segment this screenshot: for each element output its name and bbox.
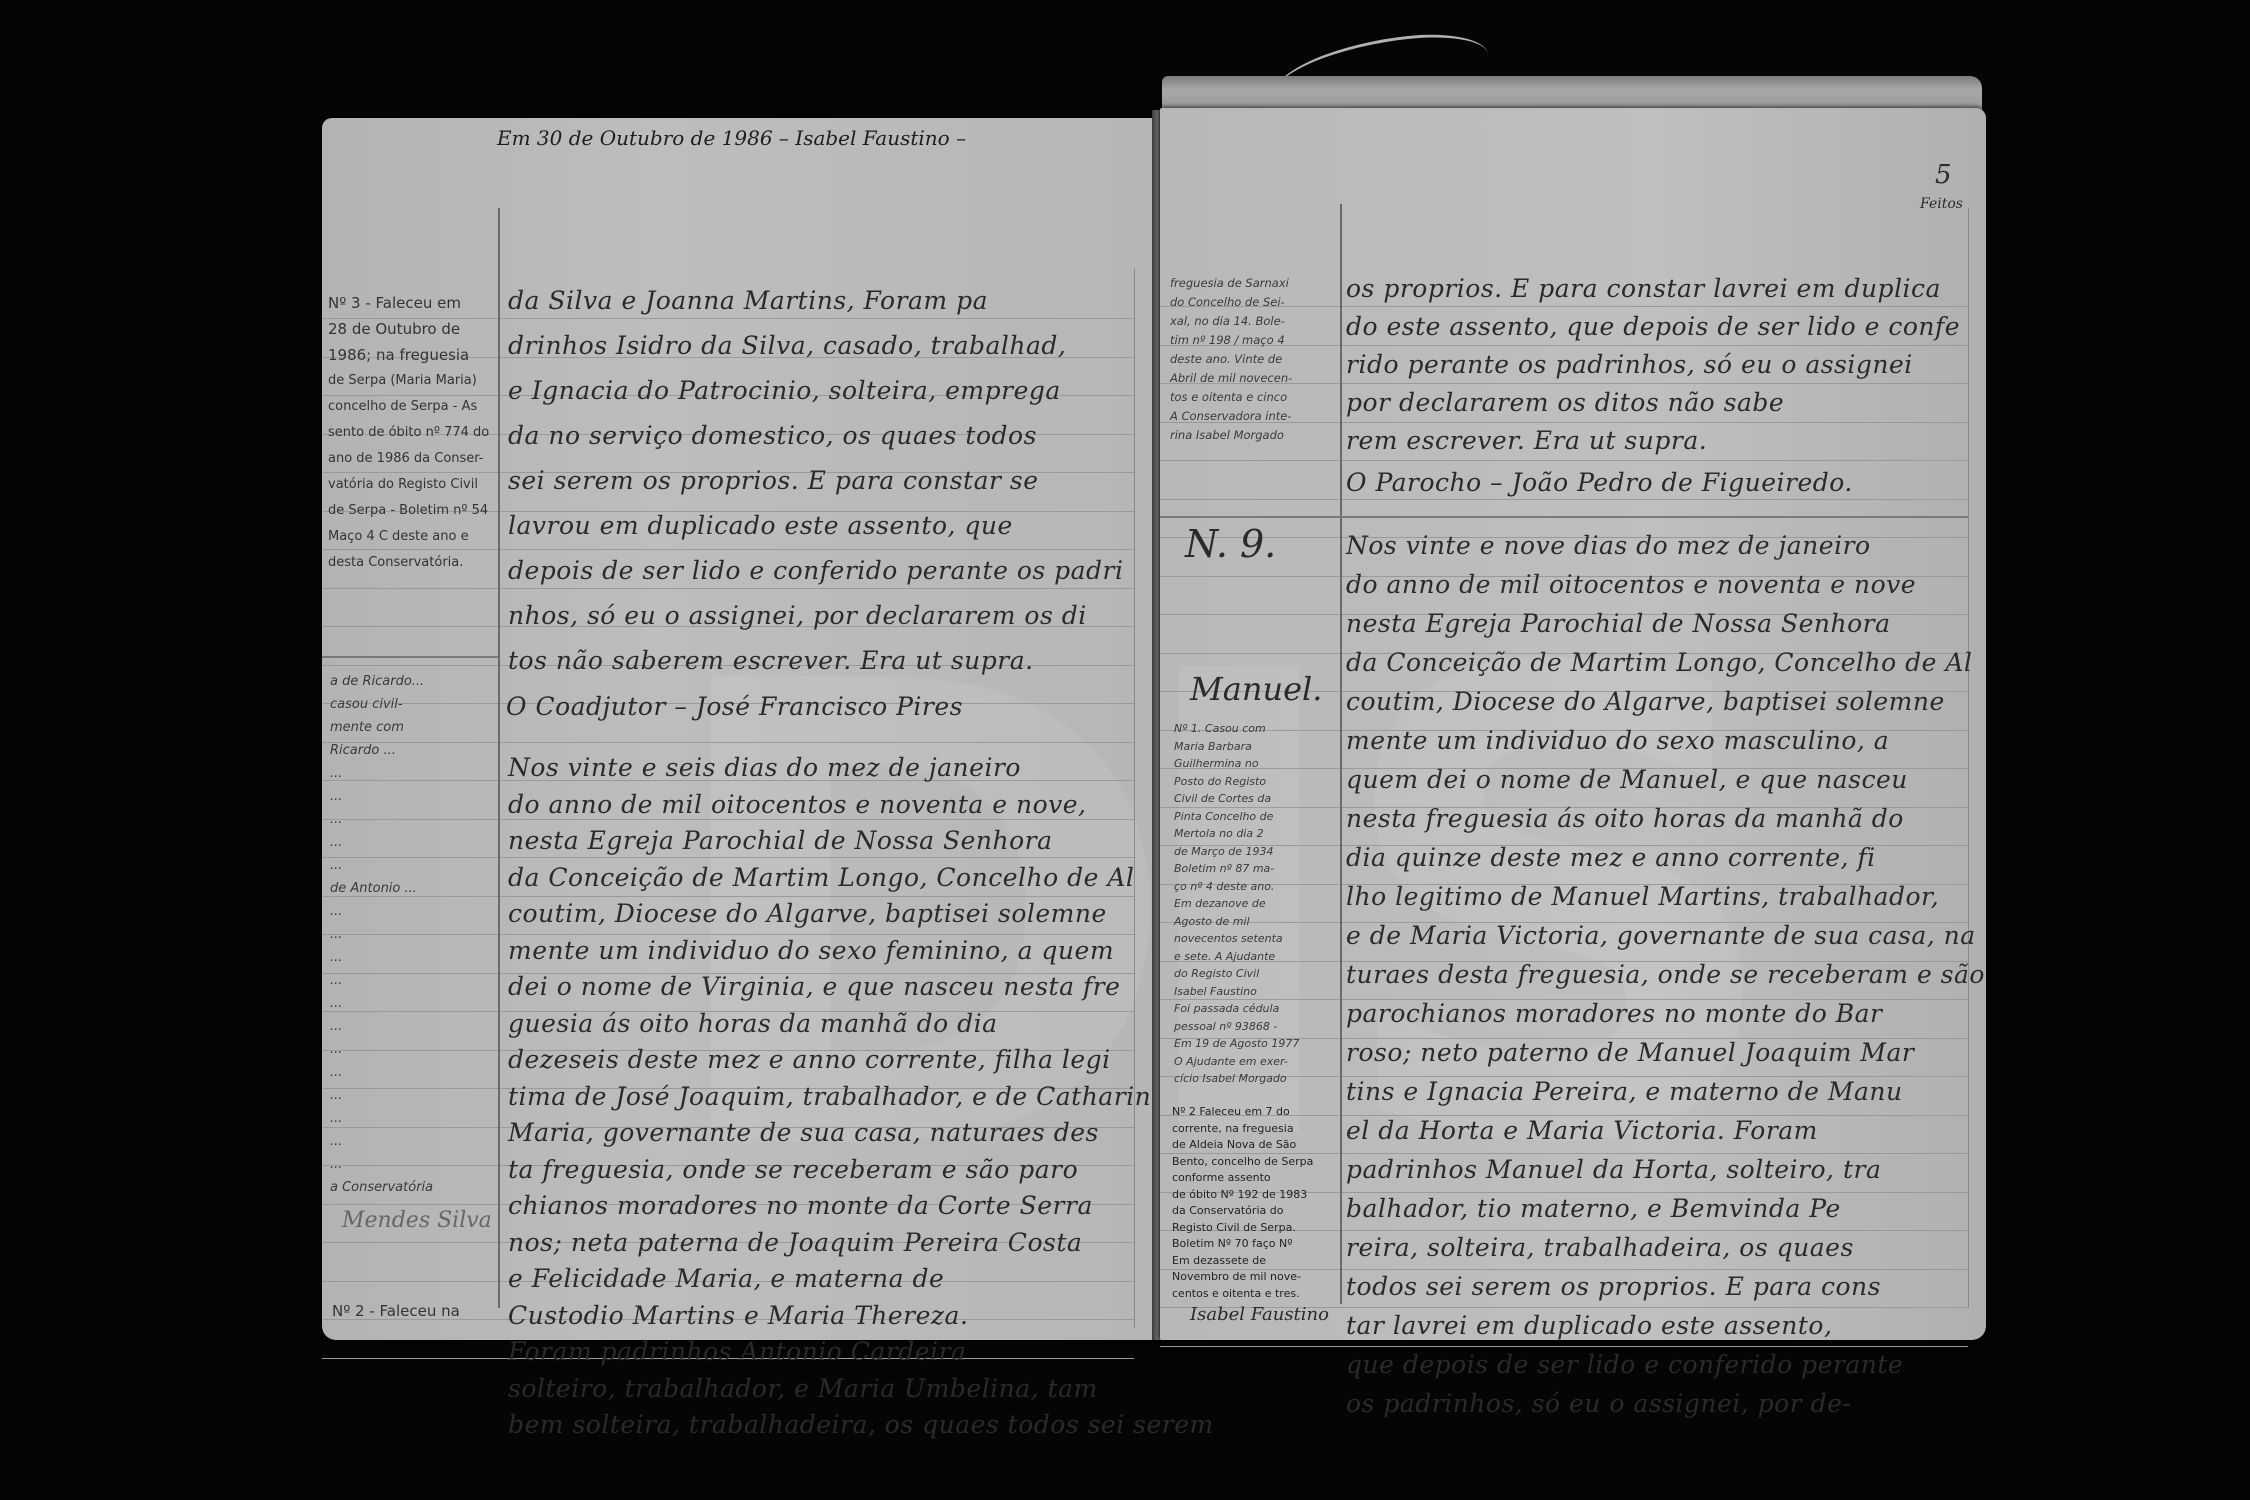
margin-line: pessoal nº 93868 - bbox=[1174, 1018, 1344, 1036]
margin-line: ... bbox=[330, 762, 498, 785]
text-line: por declararem os ditos não sabe bbox=[1346, 384, 1966, 422]
margin-line: centos e oitenta e tres. bbox=[1172, 1286, 1342, 1303]
margin-line: Posto do Registo bbox=[1174, 773, 1344, 791]
margin-line: Mertola no dia 2 bbox=[1174, 825, 1344, 843]
margin-entry-separator bbox=[322, 656, 498, 658]
margin-line: ... bbox=[330, 1084, 498, 1107]
text-line: Foram padrinhos Antonio Cardeira bbox=[508, 1334, 1128, 1371]
text-line: solteiro, trabalhador, e Maria Umbelina,… bbox=[508, 1371, 1128, 1408]
text-line: quem dei o nome de Manuel, e que nasceu bbox=[1346, 760, 1966, 799]
text-line: balhador, tio materno, e Bemvinda Pe bbox=[1346, 1189, 1966, 1228]
text-line: os padrinhos, só eu o assignei, por de- bbox=[1346, 1384, 1966, 1423]
margin-line: concelho de Serpa - As bbox=[328, 394, 500, 420]
margin-line: Pinta Concelho de bbox=[1174, 808, 1344, 826]
margin-line: de Aldeia Nova de São bbox=[1172, 1137, 1342, 1154]
margin-line: ... bbox=[330, 900, 498, 923]
margin-line: ... bbox=[330, 946, 498, 969]
text-line: Nos vinte e seis dias do mez de janeiro bbox=[508, 750, 1128, 787]
page-edge-rule bbox=[1968, 208, 1969, 1308]
entry-number: N. 9. bbox=[1185, 522, 1276, 566]
margin-line: vatória do Registo Civil bbox=[328, 472, 500, 498]
margin-line: Boletim nº 87 ma- bbox=[1174, 860, 1344, 878]
page-edge-rule bbox=[1134, 268, 1135, 1328]
margin-line: Isabel Faustino bbox=[1174, 983, 1344, 1001]
margin-line: A Conservadora inte- bbox=[1170, 407, 1340, 426]
margin-line: corrente, na freguesia bbox=[1172, 1121, 1342, 1138]
text-line: tins e Ignacia Pereira, e materno de Man… bbox=[1346, 1072, 1966, 1111]
margin-line: ... bbox=[330, 1107, 498, 1130]
text-line: roso; neto paterno de Manuel Joaquim Mar bbox=[1346, 1033, 1966, 1072]
margin-line: novecentos setenta bbox=[1174, 930, 1344, 948]
margin-line: do Registo Civil bbox=[1174, 965, 1344, 983]
text-line: da Conceição de Martim Longo, Concelho d… bbox=[508, 860, 1128, 897]
main-text-continuation: os proprios. E para constar lavrei em du… bbox=[1346, 270, 1966, 460]
margin-line: O Ajudante em exer- bbox=[1174, 1053, 1344, 1071]
text-line: nos; neta paterna de Joaquim Pereira Cos… bbox=[508, 1225, 1128, 1262]
page-stack-edge bbox=[1162, 76, 1982, 110]
margin-line: Nº 1. Casou com bbox=[1174, 720, 1344, 738]
text-line: Nos vinte e nove dias do mez de janeiro bbox=[1346, 526, 1966, 565]
margin-line: freguesia de Sarnaxi bbox=[1170, 274, 1340, 293]
text-line: padrinhos Manuel da Horta, solteiro, tra bbox=[1346, 1150, 1966, 1189]
margin-note-registry: freguesia de Sarnaxido Concelho de Sei-x… bbox=[1170, 274, 1340, 445]
margin-line: ... bbox=[330, 1153, 498, 1176]
text-line: e Ignacia do Patrocinio, solteira, empre… bbox=[508, 368, 1128, 413]
margin-line: Maço 4 C deste ano e bbox=[328, 524, 500, 550]
entry-name: Manuel. bbox=[1190, 670, 1322, 708]
text-line: coutim, Diocese do Algarve, baptisei sol… bbox=[508, 896, 1128, 933]
text-line: coutim, Diocese do Algarve, baptisei sol… bbox=[1346, 682, 1966, 721]
margin-line: Foi passada cédula bbox=[1174, 1000, 1344, 1018]
margin-line: Maria Barbara bbox=[1174, 738, 1344, 756]
margin-signature: Mendes Silva bbox=[342, 1208, 492, 1233]
margin-line: Nº 3 - Faleceu em bbox=[328, 290, 500, 316]
text-line: guesia ás oito horas da manhã do dia bbox=[508, 1006, 1128, 1043]
page-label: Feitos bbox=[1920, 196, 1963, 212]
margin-line: desta Conservatória. bbox=[328, 550, 500, 576]
margin-line: 1986; na freguesia bbox=[328, 342, 500, 368]
text-line: mente um individuo do sexo feminino, a q… bbox=[508, 933, 1128, 970]
margin-line: Guilhermina no bbox=[1174, 755, 1344, 773]
text-line: chianos moradores no monte da Corte Serr… bbox=[508, 1188, 1128, 1225]
text-line: dei o nome de Virginia, e que nasceu nes… bbox=[508, 969, 1128, 1006]
margin-line: Registo Civil de Serpa. bbox=[1172, 1220, 1342, 1237]
text-line: nesta Egreja Parochial de Nossa Senhora bbox=[508, 823, 1128, 860]
margin-line: ... bbox=[330, 831, 498, 854]
text-line: reira, solteira, trabalhadeira, os quaes bbox=[1346, 1228, 1966, 1267]
text-line: que depois de ser lido e conferido peran… bbox=[1346, 1345, 1966, 1384]
text-line: do anno de mil oitocentos e noventa e no… bbox=[508, 787, 1128, 824]
text-line: tar lavrei em duplicado este assento, bbox=[1346, 1306, 1966, 1345]
text-line: drinhos Isidro da Silva, casado, trabalh… bbox=[508, 323, 1128, 368]
entry-separator bbox=[1160, 516, 1968, 518]
text-line: os proprios. E para constar lavrei em du… bbox=[1346, 270, 1966, 308]
text-line: sei serem os proprios. E para constar se bbox=[508, 458, 1128, 503]
margin-note-marriage: Nº 1. Casou comMaria BarbaraGuilhermina … bbox=[1174, 720, 1344, 1088]
main-text-continuation: da Silva e Joanna Martins, Foram padrinh… bbox=[508, 278, 1128, 683]
margin-line: a Conservatória bbox=[330, 1176, 498, 1199]
margin-line: Civil de Cortes da bbox=[1174, 790, 1344, 808]
footer-margin-note: Nº 2 - Faleceu na bbox=[332, 1298, 460, 1324]
text-line: dezeseis deste mez e anno corrente, filh… bbox=[508, 1042, 1128, 1079]
margin-line: tim nº 198 / maço 4 bbox=[1170, 331, 1340, 350]
margin-line: ... bbox=[330, 1061, 498, 1084]
header-annotation: Em 30 de Outubro de 1986 – Isabel Fausti… bbox=[497, 126, 966, 150]
text-line: dia quinze deste mez e anno corrente, fi bbox=[1346, 838, 1966, 877]
margin-line: e sete. A Ajudante bbox=[1174, 948, 1344, 966]
text-line: Custodio Martins e Maria Thereza. bbox=[508, 1298, 1128, 1335]
parish-priest-signature: O Parocho – João Pedro de Figueiredo. bbox=[1346, 460, 1853, 505]
margin-line: 28 de Outubro de bbox=[328, 316, 500, 342]
margin-note-civil-marriage: a de Ricardo...casou civil-mente comRica… bbox=[330, 670, 498, 1199]
margin-line: Em dezassete de bbox=[1172, 1253, 1342, 1270]
margin-line: ... bbox=[330, 785, 498, 808]
margin-line: tos e oitenta e cinco bbox=[1170, 388, 1340, 407]
margin-line: Ricardo ... bbox=[330, 739, 498, 762]
margin-line: mente com bbox=[330, 716, 498, 739]
margin-line: Novembro de mil nove- bbox=[1172, 1269, 1342, 1286]
text-line: da no serviço domestico, os quaes todos bbox=[508, 413, 1128, 458]
margin-line: Nº 2 Faleceu em 7 do bbox=[1172, 1104, 1342, 1121]
text-line: parochianos moradores no monte do Bar bbox=[1346, 994, 1966, 1033]
margin-line: conforme assento bbox=[1172, 1170, 1342, 1187]
margin-line: ... bbox=[330, 808, 498, 831]
text-line: nesta freguesia ás oito horas da manhã d… bbox=[1346, 799, 1966, 838]
margin-line: de Serpa (Maria Maria) bbox=[328, 368, 500, 394]
text-line: da Silva e Joanna Martins, Foram pa bbox=[508, 278, 1128, 323]
margin-line: cício Isabel Morgado bbox=[1174, 1070, 1344, 1088]
margin-line: xal, no dia 14. Bole- bbox=[1170, 312, 1340, 331]
margin-line: da Conservatória do bbox=[1172, 1203, 1342, 1220]
margin-line: de Março de 1934 bbox=[1174, 843, 1344, 861]
margin-line: sento de óbito nº 774 do bbox=[328, 420, 500, 446]
right-page: IS 5 Feitos freguesia de Sarnaxido Conce… bbox=[1160, 108, 1986, 1340]
margin-line: de Antonio ... bbox=[330, 877, 498, 900]
text-line: lavrou em duplicado este assento, que bbox=[508, 503, 1128, 548]
margin-line: ... bbox=[330, 1015, 498, 1038]
text-line: todos sei serem os proprios. E para cons bbox=[1346, 1267, 1966, 1306]
margin-line: Em 19 de Agosto 1977 bbox=[1174, 1035, 1344, 1053]
page-number: 5 bbox=[1935, 160, 1952, 190]
text-line: tos não saberem escrever. Era ut supra. bbox=[508, 638, 1128, 683]
left-page: D Em 30 de Outubro de 1986 – Isabel Faus… bbox=[322, 118, 1156, 1340]
baptism-entry-virginia: Nos vinte e seis dias do mez de janeirod… bbox=[508, 750, 1128, 1444]
margin-line: rina Isabel Morgado bbox=[1170, 426, 1340, 445]
margin-note-death-record: Nº 3 - Faleceu em 28 de Outubro de 1986;… bbox=[328, 290, 500, 576]
margin-line: ... bbox=[330, 1038, 498, 1061]
text-line: mente um individuo do sexo masculino, a bbox=[1346, 721, 1966, 760]
text-line: do anno de mil oitocentos e noventa e no… bbox=[1346, 565, 1966, 604]
margin-line: Agosto de mil bbox=[1174, 913, 1344, 931]
margin-line: ano de 1986 da Conser- bbox=[328, 446, 500, 472]
text-line: da Conceição de Martim Longo, Concelho d… bbox=[1346, 643, 1966, 682]
margin-line: ... bbox=[330, 923, 498, 946]
text-line: ta freguesia, onde se receberam e são pa… bbox=[508, 1152, 1128, 1189]
text-line: do este assento, que depois de ser lido … bbox=[1346, 308, 1966, 346]
margin-line: de Serpa - Boletim nº 54 bbox=[328, 498, 500, 524]
margin-line: do Concelho de Sei- bbox=[1170, 293, 1340, 312]
text-line: tima de José Joaquim, trabalhador, e de … bbox=[508, 1079, 1128, 1116]
text-line: nesta Egreja Parochial de Nossa Senhora bbox=[1346, 604, 1966, 643]
text-line: turaes desta freguesia, onde se recebera… bbox=[1346, 955, 1966, 994]
margin-line: Bento, concelho de Serpa bbox=[1172, 1154, 1342, 1171]
margin-line: casou civil- bbox=[330, 693, 498, 716]
margin-line: ... bbox=[330, 854, 498, 877]
text-line: el da Horta e Maria Victoria. Foram bbox=[1346, 1111, 1966, 1150]
margin-line: ço nº 4 deste ano. bbox=[1174, 878, 1344, 896]
margin-line: Boletim Nº 70 faço Nº bbox=[1172, 1236, 1342, 1253]
text-line: rido perante os padrinhos, só eu o assig… bbox=[1346, 346, 1966, 384]
text-line: e de Maria Victoria, governante de sua c… bbox=[1346, 916, 1966, 955]
margin-line: de óbito Nº 192 de 1983 bbox=[1172, 1187, 1342, 1204]
margin-line: a de Ricardo... bbox=[330, 670, 498, 693]
text-line: nhos, só eu o assignei, por declararem o… bbox=[508, 593, 1128, 638]
text-line: rem escrever. Era ut supra. bbox=[1346, 422, 1966, 460]
text-line: depois de ser lido e conferido perante o… bbox=[508, 548, 1128, 593]
text-line: e Felicidade Maria, e materna de bbox=[508, 1261, 1128, 1298]
margin-line: Em dezanove de bbox=[1174, 895, 1344, 913]
margin-line: deste ano. Vinte de bbox=[1170, 350, 1340, 369]
margin-line: ... bbox=[330, 992, 498, 1015]
margin-line: Abril de mil novecen- bbox=[1170, 369, 1340, 388]
baptism-entry-manuel: Nos vinte e nove dias do mez de janeirod… bbox=[1346, 526, 1966, 1423]
margin-signature: Isabel Faustino bbox=[1190, 1304, 1329, 1325]
margin-line: ... bbox=[330, 1130, 498, 1153]
text-line: Maria, governante de sua casa, naturaes … bbox=[508, 1115, 1128, 1152]
margin-line: ... bbox=[330, 969, 498, 992]
officiant-signature: O Coadjutor – José Francisco Pires bbox=[506, 684, 963, 729]
text-line: bem solteira, trabalhadeira, os quaes to… bbox=[508, 1407, 1128, 1444]
margin-note-death: Nº 2 Faleceu em 7 docorrente, na fregues… bbox=[1172, 1104, 1342, 1302]
text-line: lho legitimo de Manuel Martins, trabalha… bbox=[1346, 877, 1966, 916]
